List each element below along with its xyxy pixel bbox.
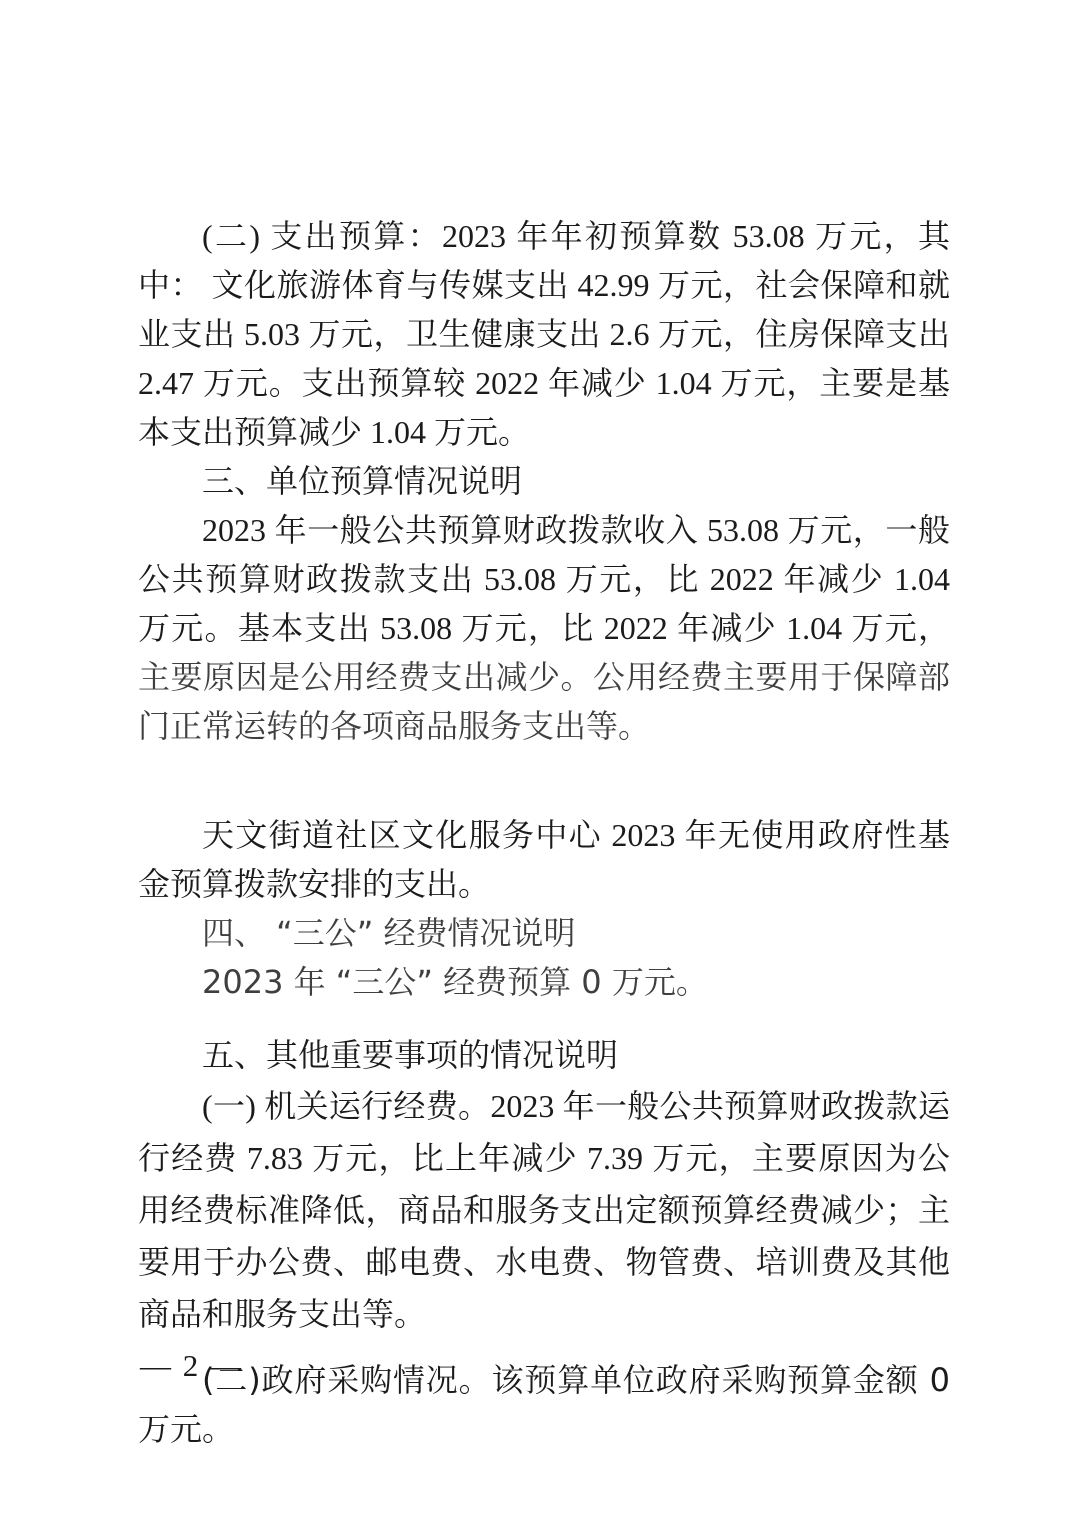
para-unit-budget-lead: 2023 年一般公共预算财政拨款收入 53.08 万元，一般公共预算财政拨款支出… — [138, 512, 950, 646]
heading-three-public-funds: 四、 “三公” 经费情况说明 — [138, 909, 950, 958]
para-operating-funds: (一) 机关运行经费。2023 年一般公共预算财政拨款运行经费 7.83 万元，… — [138, 1080, 950, 1340]
heading-other-items: 五、其他重要事项的情况说明 — [138, 1031, 950, 1080]
para-government-procurement: (二)政府采购情况。该预算单位政府采购预算金额 0 万元。 — [138, 1356, 950, 1454]
heading-unit-budget: 三、单位预算情况说明 — [138, 457, 950, 506]
para-unit-budget-tail: 主要原因是公用经费支出减少。公用经费主要用于保障部门正常运转的各项商品服务支出等… — [138, 658, 950, 745]
para-government-fund: 天文街道社区文化服务中心 2023 年无使用政府性基金预算拨款安排的支出。 — [138, 811, 950, 909]
document-page: (二) 支出预算：2023 年年初预算数 53.08 万元，其中： 文化旅游体育… — [0, 0, 1074, 1520]
para-unit-budget: 2023 年一般公共预算财政拨款收入 53.08 万元，一般公共预算财政拨款支出… — [138, 506, 950, 751]
page-number: — 2 — — [140, 1348, 243, 1384]
para-expense-budget: (二) 支出预算：2023 年年初预算数 53.08 万元，其中： 文化旅游体育… — [138, 212, 950, 457]
para-three-public-funds: 2023 年 “三公” 经费预算 0 万元。 — [138, 958, 950, 1007]
document-body: (二) 支出预算：2023 年年初预算数 53.08 万元，其中： 文化旅游体育… — [138, 212, 950, 1454]
